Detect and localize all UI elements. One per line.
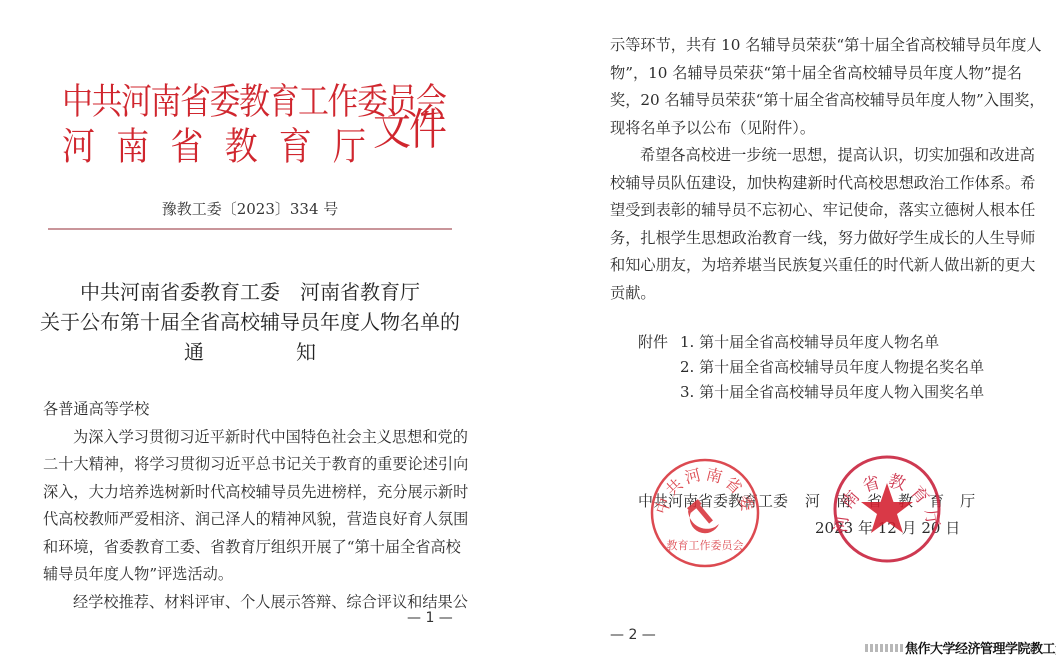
header-divider: [48, 228, 452, 230]
body-line: 奖，20 名辅导员荣获“第十届全省高校辅导员年度人物”入围奖，: [610, 87, 1045, 115]
signature-char: 厅: [960, 490, 975, 511]
signature-date: 2023 年 12 月 20 日: [815, 517, 960, 538]
attachment-item: 1. 第十届全省高校辅导员年度人物名单: [680, 330, 984, 355]
issuer-document-suffix: 文件: [373, 94, 445, 157]
body-line: 贡献。: [610, 280, 1045, 308]
title-line-3: 通 知: [0, 337, 500, 367]
attachments-label: 附件: [638, 330, 680, 405]
issuer-char: 厅: [333, 117, 366, 171]
body-line: 为深入学习贯彻习近平新时代中国特色社会主义思想和党的: [43, 424, 468, 452]
issuer-char: 南: [116, 117, 149, 171]
body-line: 物”，10 名辅导员荣获“第十届全省高校辅导员年度人物”提名: [610, 60, 1045, 88]
signature-char: 河: [805, 490, 820, 511]
salutation: 各普通高等学校: [43, 396, 468, 424]
signature-org-2: 河 南 省 教 育 厅: [805, 490, 975, 511]
body-line: 辅导员年度人物”评选活动。: [43, 561, 468, 589]
body-line: 经学校推荐、材料评审、个人展示答辩、综合评议和结果公: [43, 589, 468, 617]
page-1-body: 各普通高等学校 为深入学习贯彻习近平新时代中国特色社会主义思想和党的 二十大精神…: [43, 396, 468, 616]
signature-char: 省: [867, 490, 882, 511]
body-line: 深入，大力培养选树新时代高校辅导员先进榜样，充分展示新时: [43, 479, 468, 507]
body-line: 和环境，省委教育工委、省教育厅组织开展了“第十届全省高校: [43, 534, 468, 562]
body-line: 代高校教师严爱相济、润己泽人的精神风貌，营造良好育人氛围: [43, 506, 468, 534]
document-number: 豫教工委〔2023〕334 号: [0, 198, 500, 219]
title-char: 知: [296, 337, 316, 367]
signature-org-1: 中共河南省委教育工委: [638, 490, 788, 511]
body-line: 务，扎根学生思想政治教育一线，努力做好学生成长的人生导师: [610, 225, 1045, 253]
attachment-item: 2. 第十届全省高校辅导员年度人物提名奖名单: [680, 355, 984, 380]
body-line: 二十大精神，将学习贯彻习近平总书记关于教育的重要论述引向: [43, 451, 468, 479]
body-line: 示等环节，共有 10 名辅导员荣获“第十届全省高校辅导员年度人: [610, 32, 1045, 60]
watermark-logo-icon: [865, 644, 903, 652]
signature-char: 南: [836, 490, 851, 511]
body-line: 校辅导员队伍建设，加快构建新时代高校思想政治工作体系。希: [610, 170, 1045, 198]
issuer-char: 教: [225, 117, 258, 171]
issuer-char: 省: [170, 117, 203, 171]
issuer-char: 河: [62, 117, 95, 171]
attachment-item: 3. 第十届全省高校辅导员年度人物入围奖名单: [680, 380, 984, 405]
title-line-1: 中共河南省委教育工委 河南省教育厅: [0, 277, 500, 307]
body-line: 和知心朋友，为培养堪当民族复兴重任的时代新人做出新的更大: [610, 252, 1045, 280]
attachments: 附件 1. 第十届全省高校辅导员年度人物名单 2. 第十届全省高校辅导员年度人物…: [638, 330, 984, 405]
source-watermark: 焦作大学经济管理学院教工党支部: [865, 638, 1056, 655]
issuer-char: 育: [279, 117, 312, 171]
body-line: 望受到表彰的辅导员不忘初心、牢记使命，落实立德树人根本任: [610, 197, 1045, 225]
document-title: 中共河南省委教育工委 河南省教育厅 关于公布第十届全省高校辅导员年度人物名单的 …: [0, 277, 500, 367]
title-char: 通: [184, 337, 204, 367]
watermark-text: 焦作大学经济管理学院教工党支部: [905, 638, 1056, 655]
issuer-line-2: 河 南 省 教 育 厅: [62, 117, 366, 171]
body-line: 希望各高校进一步统一思想，提高认识，切实加强和改进高: [610, 142, 1045, 170]
body-line: 现将名单予以公布（见附件）。: [610, 115, 1045, 143]
page-2-body: 示等环节，共有 10 名辅导员荣获“第十届全省高校辅导员年度人 物”，10 名辅…: [610, 32, 1045, 307]
document-page-1: 中共河南省委教育工作委员会 河 南 省 教 育 厅 文件 豫教工委〔2023〕3…: [0, 0, 500, 655]
page-number: — 1 —: [407, 610, 453, 626]
signature-char: 教: [898, 490, 913, 511]
title-line-2: 关于公布第十届全省高校辅导员年度人物名单的: [0, 307, 500, 337]
page-number: — 2 —: [610, 627, 656, 643]
signature-char: 育: [929, 490, 944, 511]
